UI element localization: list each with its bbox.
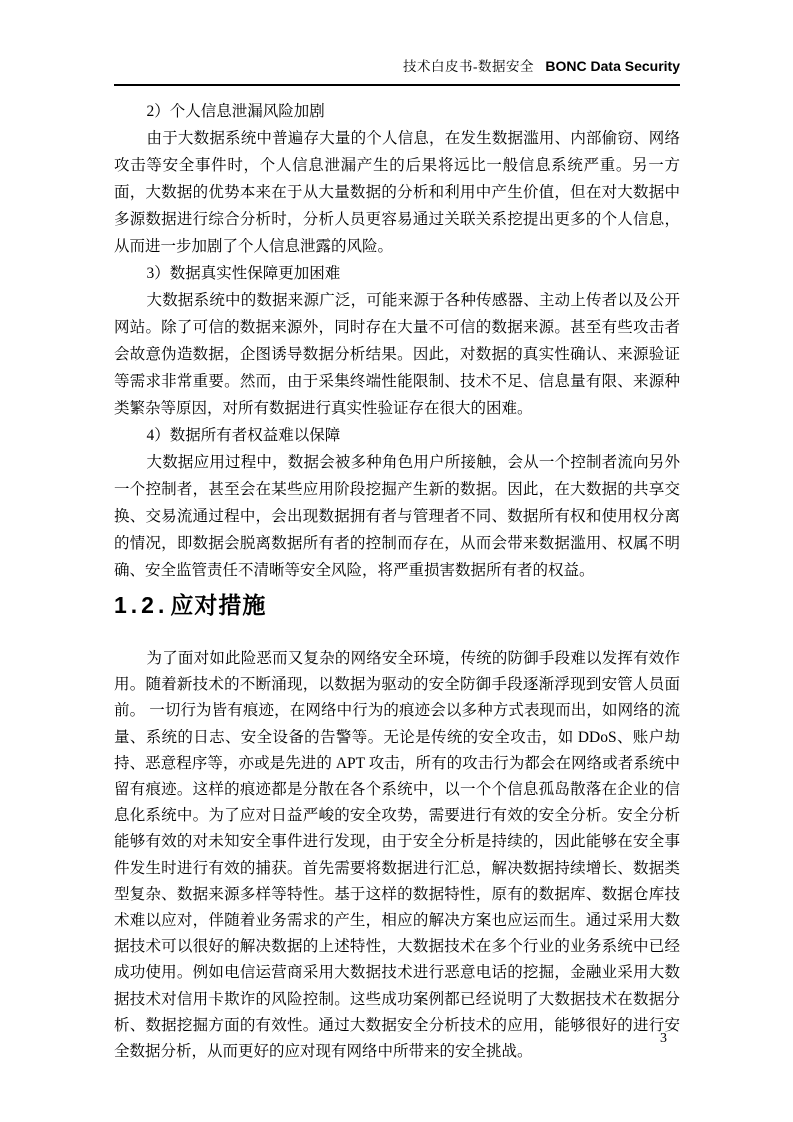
document-body: 2）个人信息泄漏风险加剧 由于大数据系统中普遍存大量的个人信息，在发生数据滥用、… xyxy=(114,98,680,1065)
paragraph-owner-rights: 大数据应用过程中，数据会被多种角色用户所接触，会从一个控制者流向另外一个控制者，… xyxy=(114,449,680,584)
section-heading-title: 应对措施 xyxy=(170,592,266,618)
page-header: 技术白皮书-数据安全 BONC Data Security xyxy=(114,56,680,86)
header-doc-title: 技术白皮书-数据安全 xyxy=(403,59,534,74)
header-brand: BONC Data Security xyxy=(545,58,680,74)
section-heading-number: 1.2. xyxy=(114,592,168,618)
section-heading-countermeasures: 1.2.应对措施 xyxy=(114,589,680,621)
paragraph-personal-info-leakage: 由于大数据系统中普遍存大量的个人信息，在发生数据滥用、内部偷窃、网络攻击等安全事… xyxy=(114,125,680,260)
subheading-data-authenticity: 3）数据真实性保障更加困难 xyxy=(114,260,680,287)
page-number: 3 xyxy=(660,1030,667,1048)
subheading-personal-info-leakage: 2）个人信息泄漏风险加剧 xyxy=(114,98,680,125)
document-page: 技术白皮书-数据安全 BONC Data Security 2）个人信息泄漏风险… xyxy=(0,0,793,1122)
subheading-owner-rights: 4）数据所有者权益难以保障 xyxy=(114,422,680,449)
paragraph-data-authenticity: 大数据系统中的数据来源广泛，可能来源于各种传感器、主动上传者以及公开网站。除了可… xyxy=(114,287,680,422)
paragraph-countermeasures: 为了面对如此险恶而又复杂的网络安全环境，传统的防御手段难以发挥有效作用。随着新技… xyxy=(114,646,680,1065)
